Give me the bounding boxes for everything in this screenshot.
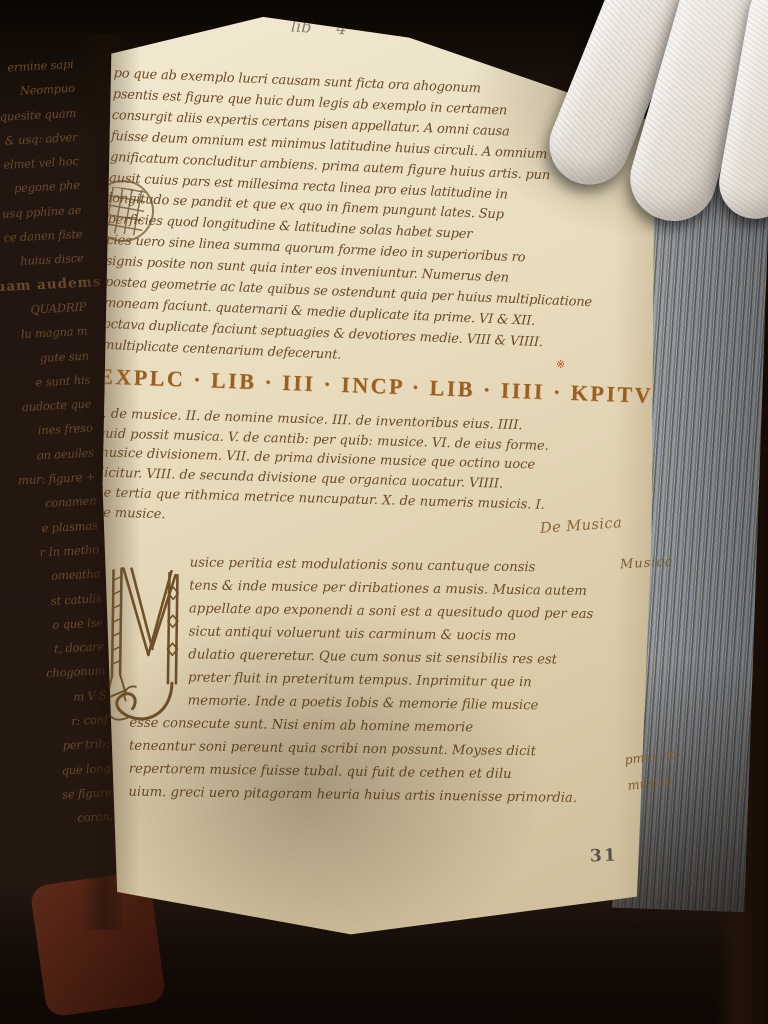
pencil-inscription-lib4: lib 4 <box>291 17 348 39</box>
chapter-list-capitula: I. de musice. II. de nomine musice. III.… <box>94 404 649 538</box>
red-paragraph-mark: ※ <box>556 358 565 371</box>
musica-text-upper: usice peritia est modulationis sonu cant… <box>188 551 650 718</box>
folio-number: 31 <box>590 846 618 867</box>
photo-stage: ermine sapiNeompuoe quesite quam& usq: a… <box>0 0 768 1024</box>
margin-note-primus-repertor: pmus rp musice <box>623 741 681 799</box>
text-block-musica: usice peritia est modulationis sonu cant… <box>94 550 649 811</box>
musica-text-lower: esse consecute sunt. Nisi enim ab homine… <box>128 712 647 811</box>
margin-note-musica: Musica <box>620 555 674 573</box>
